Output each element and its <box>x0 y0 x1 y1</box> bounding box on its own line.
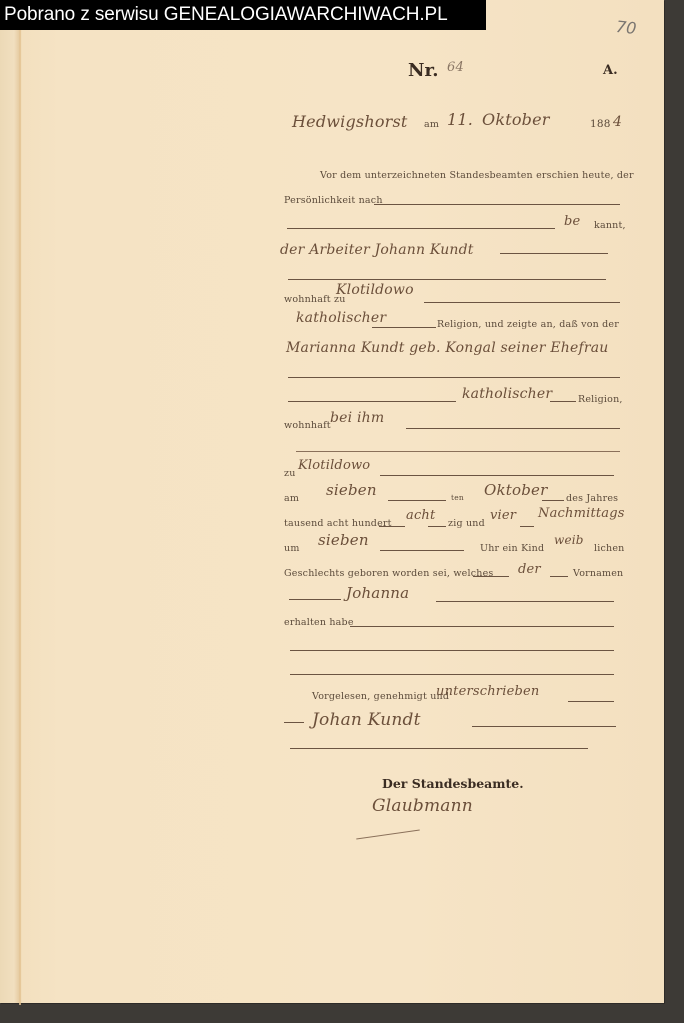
rule <box>436 601 614 602</box>
rule <box>380 475 614 476</box>
binding-fold <box>19 30 21 1005</box>
informant-signature: Johan Kundt <box>312 710 421 730</box>
registry-year-printed: 188 <box>590 118 611 130</box>
rule <box>296 451 620 452</box>
rule <box>542 500 564 501</box>
persoenlichkeit-label: Persönlichkeit nach <box>284 195 383 206</box>
mother-religion: katholischer <box>462 386 552 402</box>
birth-hour: sieben <box>318 531 369 549</box>
rule <box>472 726 616 727</box>
am-label: am <box>284 493 299 504</box>
rule <box>428 526 446 527</box>
religion-label: Religion, <box>578 394 623 405</box>
rule <box>374 204 620 205</box>
known-label: kannt, <box>594 220 626 231</box>
registry-place: Hedwigshorst <box>292 112 408 131</box>
rule <box>290 674 614 675</box>
mother-name: Marianna Kundt geb. Kongal seiner Ehefra… <box>286 340 608 356</box>
rule <box>372 327 436 328</box>
zu-label: zu <box>284 468 296 479</box>
rule <box>500 253 608 254</box>
rule <box>550 576 568 577</box>
mother-residence: bei ihm <box>330 410 384 426</box>
birth-place: Klotildowo <box>298 458 370 473</box>
registry-month: Oktober <box>482 110 550 129</box>
tausend-label: tausend acht hundert <box>284 518 392 529</box>
year-unit: vier <box>490 508 516 523</box>
lichen-label: lichen <box>594 543 624 554</box>
decade: acht <box>406 508 435 523</box>
rule <box>388 500 446 501</box>
record-number-label: Nr. <box>408 60 439 81</box>
rule <box>350 626 614 627</box>
rule <box>288 377 620 378</box>
rule <box>550 401 576 402</box>
rule <box>473 576 509 577</box>
known-hand: be <box>564 214 580 229</box>
informant-residence: Klotildowo <box>336 282 414 298</box>
rule <box>520 526 534 527</box>
geschlechts-label: Geschlechts geboren worden sei, welches <box>284 568 493 579</box>
official-signature: Glaubmann <box>372 796 473 816</box>
child-given-name: Johanna <box>346 584 409 602</box>
rule <box>287 228 555 229</box>
ten-label: ten <box>451 493 464 502</box>
watermark-banner: Pobrano z serwisu GENEALOGIAWARCHIWACH.P… <box>0 0 486 30</box>
religion-clause: Religion, und zeigte an, daß von der <box>437 319 619 330</box>
erhalten-label: erhalten habe <box>284 617 354 628</box>
der-hand: der <box>518 562 541 577</box>
des-jahres-label: des Jahres <box>566 493 618 504</box>
date-am-label: am <box>424 119 439 130</box>
rule <box>568 701 614 702</box>
informant-religion: katholischer <box>296 310 386 326</box>
rule <box>290 650 614 651</box>
birth-month: Oktober <box>484 481 548 499</box>
rule <box>288 401 456 402</box>
rule <box>284 722 304 723</box>
uhr-label: Uhr ein Kind <box>480 543 544 554</box>
official-title: Der Standesbeamte. <box>382 776 524 791</box>
unterschrieben-hand: unterschrieben <box>436 684 539 699</box>
intro-text: Vor dem unterzeichneten Standesbeamten e… <box>320 170 634 181</box>
um-label: um <box>284 543 300 554</box>
registry-year-hand: 4 <box>613 114 622 130</box>
vornamen-label: Vornamen <box>573 568 623 579</box>
rule <box>380 550 464 551</box>
series-letter: A. <box>603 63 618 78</box>
rule <box>379 526 405 527</box>
signature-flourish <box>356 830 420 840</box>
zig-und-label: zig und <box>448 518 485 529</box>
child-sex: weib <box>554 533 584 547</box>
record-number-value: 64 <box>447 60 464 75</box>
rule <box>406 428 620 429</box>
rule <box>289 599 341 600</box>
registry-day: 11. <box>447 110 473 129</box>
rule <box>290 748 588 749</box>
vorgelesen-label: Vorgelesen, genehmigt und <box>312 691 449 702</box>
time-of-day: Nachmittags <box>538 506 625 521</box>
birth-day: sieben <box>326 481 377 499</box>
wohnhaft-label: wohnhaft <box>284 420 331 431</box>
document-page: 70 Nr. 64 A. Hedwigshorst am 11. Oktober… <box>0 0 664 1003</box>
rule <box>424 302 620 303</box>
archive-page-number: 70 <box>615 17 637 38</box>
rule <box>288 279 606 280</box>
informant-name: der Arbeiter Johann Kundt <box>280 242 474 258</box>
